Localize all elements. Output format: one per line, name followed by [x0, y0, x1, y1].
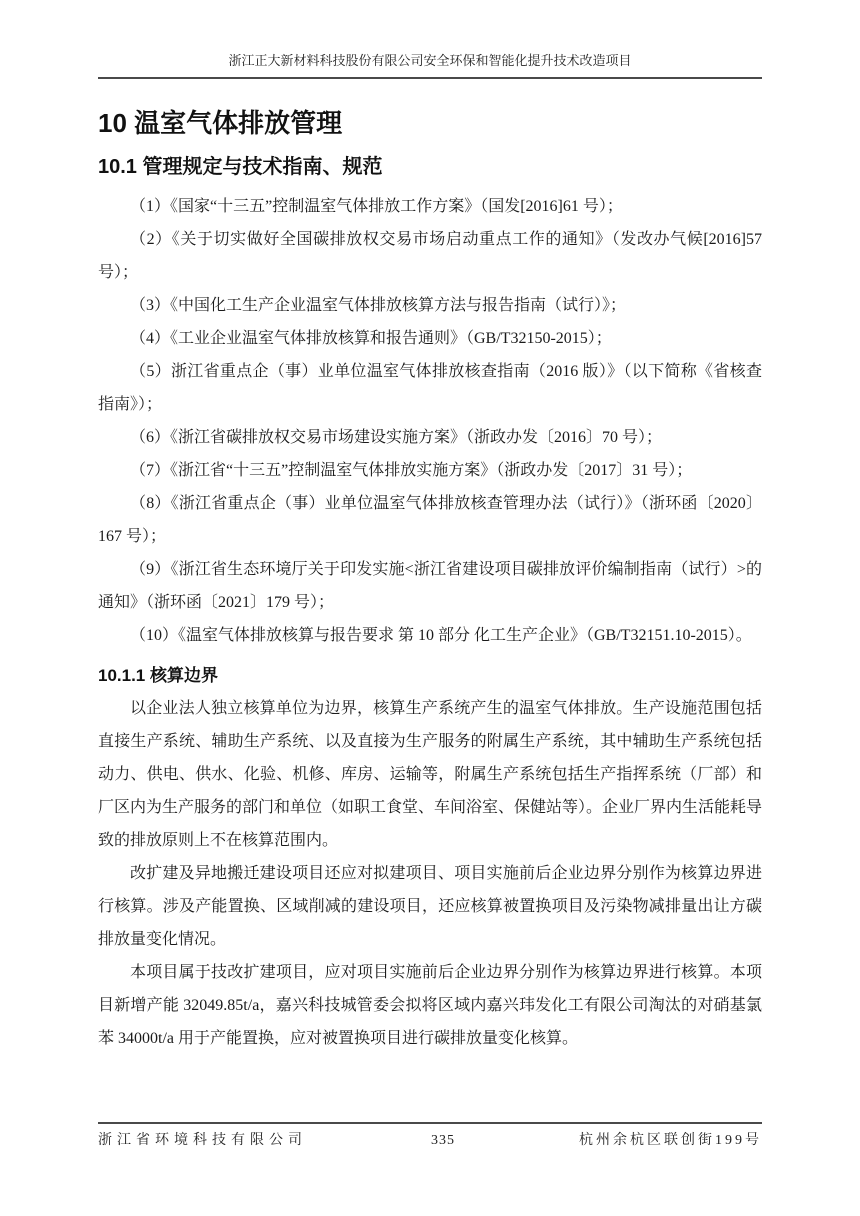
page-footer: 浙江省环境科技有限公司 335 杭州余杭区联创街199号: [98, 1122, 762, 1150]
page-content: 10 温室气体排放管理 10.1 管理规定与技术指南、规范 （1）《国家“十三五…: [98, 107, 762, 1055]
regulation-item: （1）《国家“十三五”控制温室气体排放工作方案》（国发[2016]61 号）；: [98, 190, 762, 223]
page-header: 浙江正大新材料科技股份有限公司安全环保和智能化提升技术改造项目: [98, 0, 762, 79]
regulation-item: （8）《浙江省重点企（事）业单位温室气体排放核查管理办法（试行）》（浙环函〔20…: [98, 487, 762, 553]
footer-address: 杭州余杭区联创街199号: [579, 1132, 762, 1150]
regulation-item: （7）《浙江省“十三五”控制温室气体排放实施方案》（浙政办发〔2017〕31 号…: [98, 454, 762, 487]
regulation-item: （5）浙江省重点企（事）业单位温室气体排放核查指南（2016 版）》（以下简称《…: [98, 355, 762, 421]
body-paragraph: 以企业法人独立核算单位为边界，核算生产系统产生的温室气体排放。生产设施范围包括直…: [98, 692, 762, 857]
body-paragraph: 本项目属于技改扩建项目，应对项目实施前后企业边界分别作为核算边界进行核算。本项目…: [98, 956, 762, 1055]
footer-page-number: 335: [431, 1132, 455, 1150]
header-title: 浙江正大新材料科技股份有限公司安全环保和智能化提升技术改造项目: [228, 53, 631, 68]
document-page: 浙江正大新材料科技股份有限公司安全环保和智能化提升技术改造项目 10 温室气体排…: [0, 0, 860, 1216]
regulation-list: （1）《国家“十三五”控制温室气体排放工作方案》（国发[2016]61 号）； …: [98, 190, 762, 652]
regulation-item: （2）《关于切实做好全国碳排放权交易市场启动重点工作的通知》（发改办气候[201…: [98, 223, 762, 289]
body-paragraph: 改扩建及异地搬迁建设项目还应对拟建项目、项目实施前后企业边界分别作为核算边界进行…: [98, 857, 762, 956]
section-title: 10.1 管理规定与技术指南、规范: [98, 152, 762, 182]
regulation-item: （10）《温室气体排放核算与报告要求 第 10 部分 化工生产企业》（GB/T3…: [98, 619, 762, 652]
subsection-title: 10.1.1 核算边界: [98, 661, 762, 691]
footer-company: 浙江省环境科技有限公司: [98, 1132, 307, 1150]
regulation-item: （3）《中国化工生产企业温室气体排放核算方法与报告指南（试行）》；: [98, 289, 762, 322]
regulation-item: （6）《浙江省碳排放权交易市场建设实施方案》（浙政办发〔2016〕70 号）；: [98, 421, 762, 454]
chapter-title: 10 温室气体排放管理: [98, 107, 762, 139]
regulation-item: （9）《浙江省生态环境厅关于印发实施<浙江省建设项目碳排放评价编制指南（试行）>…: [98, 553, 762, 619]
regulation-item: （4）《工业企业温室气体排放核算和报告通则》（GB/T32150-2015）；: [98, 322, 762, 355]
